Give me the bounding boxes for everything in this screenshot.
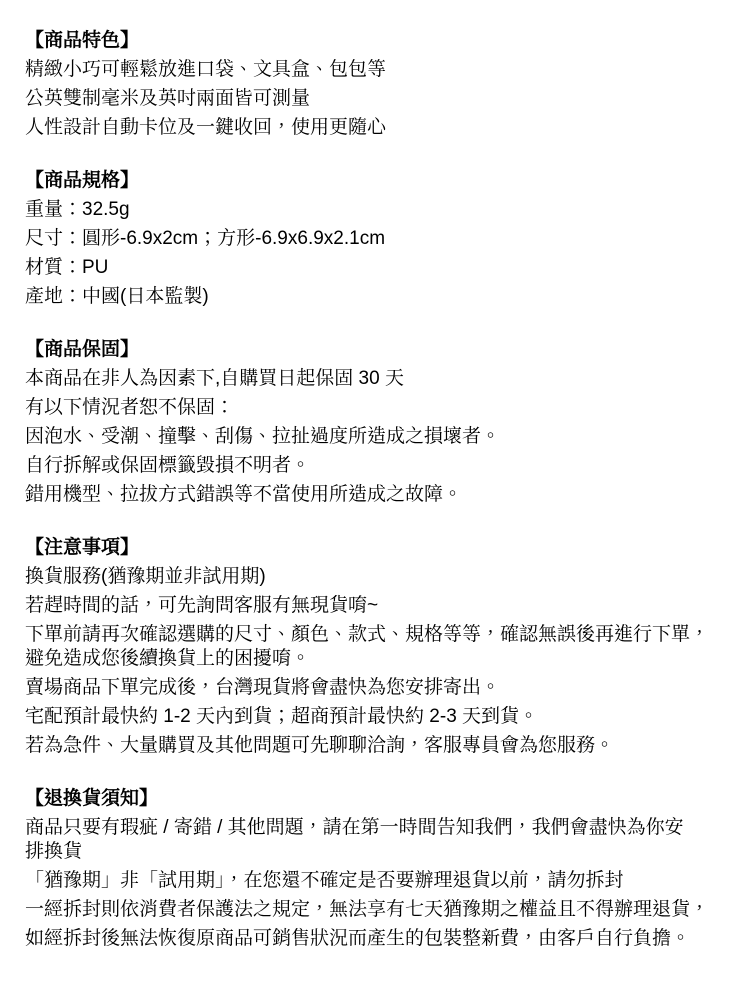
section-title-product-warranty: 【商品保固】 (25, 338, 725, 362)
text-line: 本商品在非人為因素下,自購買日起保固 30 天 (25, 367, 725, 391)
section-title-product-specs: 【商品規格】 (25, 169, 725, 193)
text-line: 排換貨 (25, 840, 725, 864)
text-line: 避免造成您後續換貨上的困擾唷。 (25, 647, 725, 671)
text-line: 產地：中國(日本監製) (25, 285, 725, 309)
text-line: 人性設計自動卡位及一鍵收回，使用更隨心 (25, 116, 725, 140)
text-line: 換貨服務(猶豫期並非試用期) (25, 565, 725, 589)
text-line: 有以下情況者恕不保固： (25, 396, 725, 420)
product-description-document: 【商品特色】精緻小巧可輕鬆放進口袋、文具盒、包包等公英雙制毫米及英吋兩面皆可測量… (0, 0, 750, 951)
text-line: 錯用機型、拉拔方式錯誤等不當使用所造成之故障。 (25, 483, 725, 507)
text-line: 宅配預計最快約 1-2 天內到貨；超商預計最快約 2-3 天到貨。 (25, 705, 725, 729)
text-line: 若為急件、大量購買及其他問題可先聊聊洽詢，客服專員會為您服務。 (25, 734, 725, 758)
text-line: 精緻小巧可輕鬆放進口袋、文具盒、包包等 (25, 58, 725, 82)
section-product-specs: 【商品規格】重量：32.5g尺寸：圓形-6.9x2cm；方形-6.9x6.9x2… (25, 169, 725, 309)
text-line: 重量：32.5g (25, 198, 725, 222)
text-line: 若趕時間的話，可先詢問客服有無現貨唷~ (25, 594, 725, 618)
section-title-product-features: 【商品特色】 (25, 29, 725, 53)
section-product-features: 【商品特色】精緻小巧可輕鬆放進口袋、文具盒、包包等公英雙制毫米及英吋兩面皆可測量… (25, 29, 725, 140)
text-line: 如經拆封後無法恢復原商品可銷售狀況而產生的包裝整新費，由客戶自行負擔。 (25, 927, 725, 951)
text-line: 材質：PU (25, 256, 725, 280)
section-title-return-policy: 【退換貨須知】 (25, 787, 725, 811)
text-line: 公英雙制毫米及英吋兩面皆可測量 (25, 87, 725, 111)
text-line: 「猶豫期」非「試用期」，在您還不確定是否要辦理退貨以前，請勿拆封 (25, 869, 725, 893)
text-line: 商品只要有瑕疵 / 寄錯 / 其他問題，請在第一時間告知我們，我們會盡快為你安 (25, 816, 725, 840)
section-notes: 【注意事項】換貨服務(猶豫期並非試用期)若趕時間的話，可先詢問客服有無現貨唷~下… (25, 536, 725, 758)
text-line: 一經拆封則依消費者保護法之規定，無法享有七天猶豫期之權益且不得辦理退貨， (25, 898, 725, 922)
section-product-warranty: 【商品保固】本商品在非人為因素下,自購買日起保固 30 天有以下情況者恕不保固：… (25, 338, 725, 507)
text-line: 自行拆解或保固標籤毀損不明者。 (25, 454, 725, 478)
text-line: 因泡水、受潮、撞擊、刮傷、拉扯過度所造成之損壞者。 (25, 425, 725, 449)
section-return-policy: 【退換貨須知】商品只要有瑕疵 / 寄錯 / 其他問題，請在第一時間告知我們，我們… (25, 787, 725, 951)
text-line: 下單前請再次確認選購的尺寸、顏色、款式、規格等等，確認無誤後再進行下單， (25, 623, 725, 647)
text-line: 尺寸：圓形-6.9x2cm；方形-6.9x6.9x2.1cm (25, 227, 725, 251)
text-line: 賣場商品下單完成後，台灣現貨將會盡快為您安排寄出。 (25, 676, 725, 700)
section-title-notes: 【注意事項】 (25, 536, 725, 560)
